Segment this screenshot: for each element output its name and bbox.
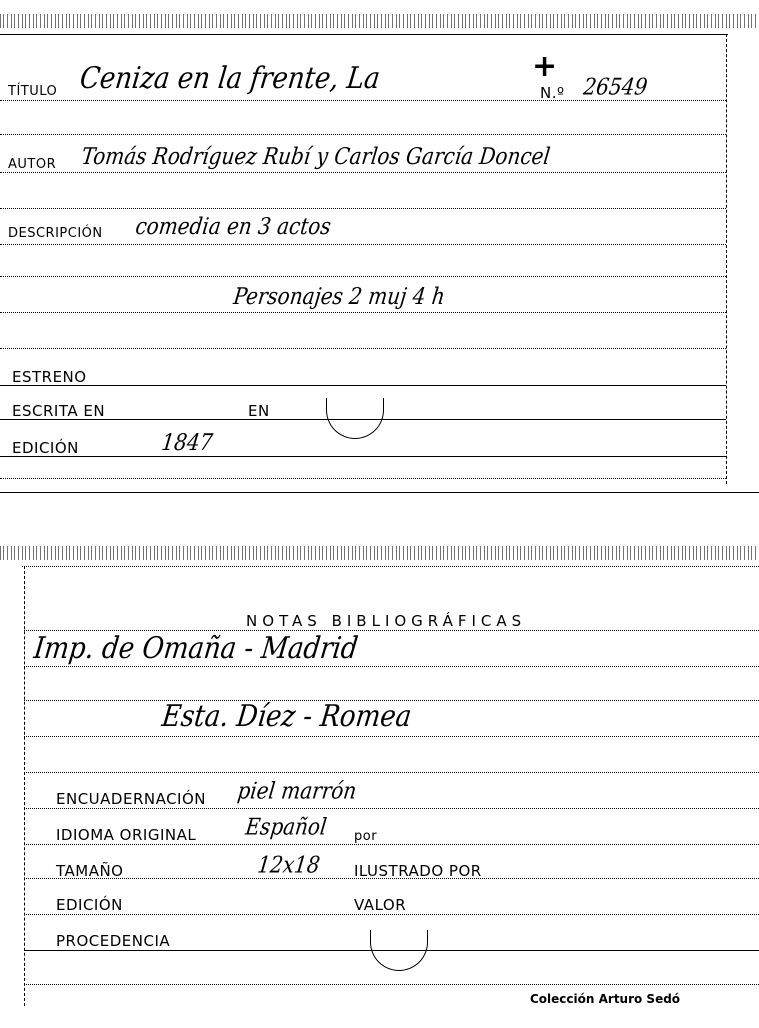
card-bottom-edge	[0, 492, 759, 493]
escrita-en-label: Escrita en	[12, 402, 105, 420]
row-line	[0, 478, 726, 479]
titulo-value: Ceniza en la frente, La	[78, 62, 382, 97]
card-left-edge	[24, 566, 25, 1006]
edicion-value: 1847	[160, 428, 214, 456]
procedencia-label: Procedencia	[56, 932, 170, 950]
personajes-value: Personajes 2 muj 4 h	[232, 282, 447, 310]
encuadernacion-label: Encuadernación	[56, 790, 206, 808]
autor-value: Tomás Rodríguez Rubí y Carlos García Don…	[80, 142, 552, 170]
row-line	[0, 348, 726, 349]
card-top-edge	[22, 566, 759, 567]
note-line-2: Esta. Díez - Romea	[160, 700, 413, 735]
descripcion-line	[0, 244, 726, 245]
row-line	[0, 208, 726, 209]
titulo-line	[0, 100, 726, 101]
note-line	[24, 772, 759, 773]
notas-heading: NOTAS BIBLIOGRÁFICAS	[246, 612, 526, 630]
encuadernacion-line	[24, 808, 759, 809]
tamano-line	[24, 878, 759, 879]
tamano-value: 12x18	[256, 850, 322, 878]
row-line	[24, 984, 759, 985]
numero-value: 26549	[582, 72, 649, 100]
descripcion-value: comedia en 3 actos	[134, 212, 333, 240]
card-right-edge	[726, 34, 727, 484]
edicion-bottom-line	[24, 914, 759, 915]
en-label: En	[248, 402, 270, 420]
autor-upper-line	[0, 134, 726, 135]
note-line-1: Imp. de Omaña - Madrid	[32, 632, 360, 667]
edicion-label: Edición	[12, 439, 79, 457]
idioma-line	[24, 844, 759, 845]
valor-label: Valor	[354, 896, 406, 914]
idioma-original-value: Español	[244, 812, 328, 840]
edicion-bottom-label: Edición	[56, 896, 123, 914]
personajes-line	[0, 312, 726, 313]
card-top-edge	[0, 34, 728, 35]
note-line	[24, 736, 759, 737]
scan-noise-edge	[0, 14, 759, 28]
stamp-circle-mark	[326, 398, 384, 439]
titulo-label: Título	[8, 84, 57, 99]
autor-line	[0, 172, 726, 173]
row-line	[0, 276, 726, 277]
encuadernacion-value: piel marrón	[236, 776, 358, 804]
idioma-original-label: Idioma original	[56, 826, 196, 844]
stamp-circle-mark	[370, 930, 428, 971]
descripcion-label: Descripción	[8, 226, 103, 241]
collection-credit: Colección Arturo Sedó	[530, 992, 680, 1006]
scan-noise-edge	[0, 546, 759, 560]
autor-label: Autor	[8, 157, 56, 172]
edicion-line	[0, 456, 726, 457]
note-line	[24, 666, 759, 667]
por-label: por	[354, 829, 377, 844]
estreno-label: Estreno	[12, 368, 87, 386]
cross-mark: +	[532, 52, 557, 82]
estreno-line	[0, 385, 726, 386]
